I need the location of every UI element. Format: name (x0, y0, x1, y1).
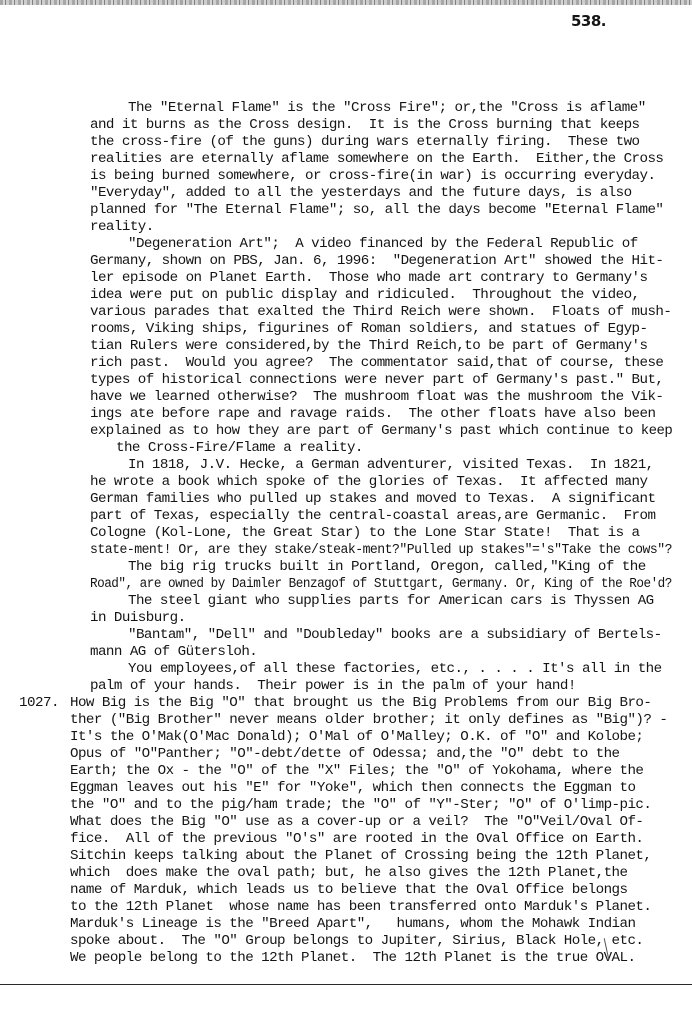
text-line: and it burns as the Cross design. It is … (90, 117, 640, 134)
item-text-line: which does make the oval path; but, he a… (70, 865, 627, 882)
text-line: mann AG of Gütersloh. (90, 644, 257, 661)
text-line: the Cross-Fire/Flame a reality. (116, 440, 363, 457)
text-line: In 1818, J.V. Hecke, a German adventurer… (128, 457, 654, 474)
text-line: reality. (90, 219, 154, 236)
item-text-line: How Big is the Big "O" that brought us t… (70, 695, 651, 712)
text-line: he wrote a book which spoke of the glori… (90, 474, 647, 491)
item-text-line: the "O" and to the pig/ham trade; the "O… (70, 797, 651, 814)
text-line: rooms, Viking ships, figurines of Roman … (90, 321, 647, 338)
item-text-line: Marduk's Lineage is the "Breed Apart", h… (70, 916, 635, 933)
item-text-line: Earth; the Ox - the "O" of the "X" Files… (70, 763, 643, 780)
item-text-line: Sitchin keeps talking about the Planet o… (70, 848, 651, 865)
item-text-line: fice. All of the previous "O's" are root… (70, 831, 643, 848)
text-line: The big rig trucks built in Portland, Or… (128, 559, 646, 576)
item-text-line: It's the O'Mak(O'Mac Donald); O'Mal of O… (70, 729, 643, 746)
text-line: realities are eternally aflame somewhere… (90, 151, 663, 168)
item-text-line: Eggman leaves out his "E" for "Yoke", wh… (70, 780, 635, 797)
text-line: the cross-fire (of the guns) during wars… (90, 134, 640, 151)
text-line: in Duisburg. (90, 610, 186, 627)
item-text-line: Opus of "O"Panther; "O"-debt/dette of Od… (70, 746, 620, 763)
text-line: Germany, shown on PBS, Jan. 6, 1996: "De… (90, 253, 663, 270)
item-number: 1027. (19, 695, 59, 712)
text-line: is being burned somewhere, or cross-fire… (90, 168, 655, 185)
text-line: have we learned otherwise? The mushroom … (90, 389, 663, 406)
text-line: ings ate before rape and ravage raids. T… (90, 406, 655, 423)
text-line: Cologne (Kol-Lone, the Great Star) to th… (90, 525, 640, 542)
text-line: types of historical connections were nev… (90, 372, 663, 389)
item-text-line: name of Marduk, which leads us to believ… (70, 882, 627, 899)
item-text-line: We people belong to the 12th Planet. The… (70, 950, 635, 967)
page-number: 538. (571, 12, 606, 30)
text-line: planned for "The Eternal Flame"; so, all… (90, 202, 663, 219)
text-line: German families who pulled up stakes and… (90, 491, 655, 508)
text-line: The "Eternal Flame" is the "Cross Fire";… (128, 100, 646, 117)
text-line: The steel giant who supplies parts for A… (128, 593, 654, 610)
text-line: idea were put on public display and ridi… (90, 287, 640, 304)
text-line: "Bantam", "Dell" and "Doubleday" books a… (128, 627, 662, 644)
text-line: various parades that exalted the Third R… (90, 304, 671, 321)
item-text-line: ther ("Big Brother" never means older br… (70, 712, 667, 729)
text-line: tian Rulers were considered,by the Third… (90, 338, 647, 355)
scan-edge-noise (0, 0, 692, 5)
text-line: state-ment! Or, are they stake/steak-men… (90, 542, 672, 559)
text-line: "Everyday", added to all the yesterdays … (90, 185, 632, 202)
bottom-rule (0, 984, 692, 985)
text-line: "Degeneration Art"; A video financed by … (128, 236, 638, 253)
item-text-line: spoke about. The "O" Group belongs to Ju… (70, 933, 643, 950)
text-line: You employees,of all these factories, et… (128, 661, 662, 678)
text-line: palm of your hands. Their power is in th… (90, 678, 576, 695)
text-line: Road", are owned by Daimler Benzagof of … (90, 576, 672, 593)
text-line: part of Texas, especially the central-co… (90, 508, 655, 525)
item-text-line: to the 12th Planet whose name has been t… (70, 899, 651, 916)
text-line: ler episode on Planet Earth. Those who m… (90, 270, 647, 287)
text-line: rich past. Would you agree? The commenta… (90, 355, 663, 372)
text-line: explained as to how they are part of Ger… (90, 423, 672, 440)
item-text-line: What does the Big "O" use as a cover-up … (70, 814, 643, 831)
